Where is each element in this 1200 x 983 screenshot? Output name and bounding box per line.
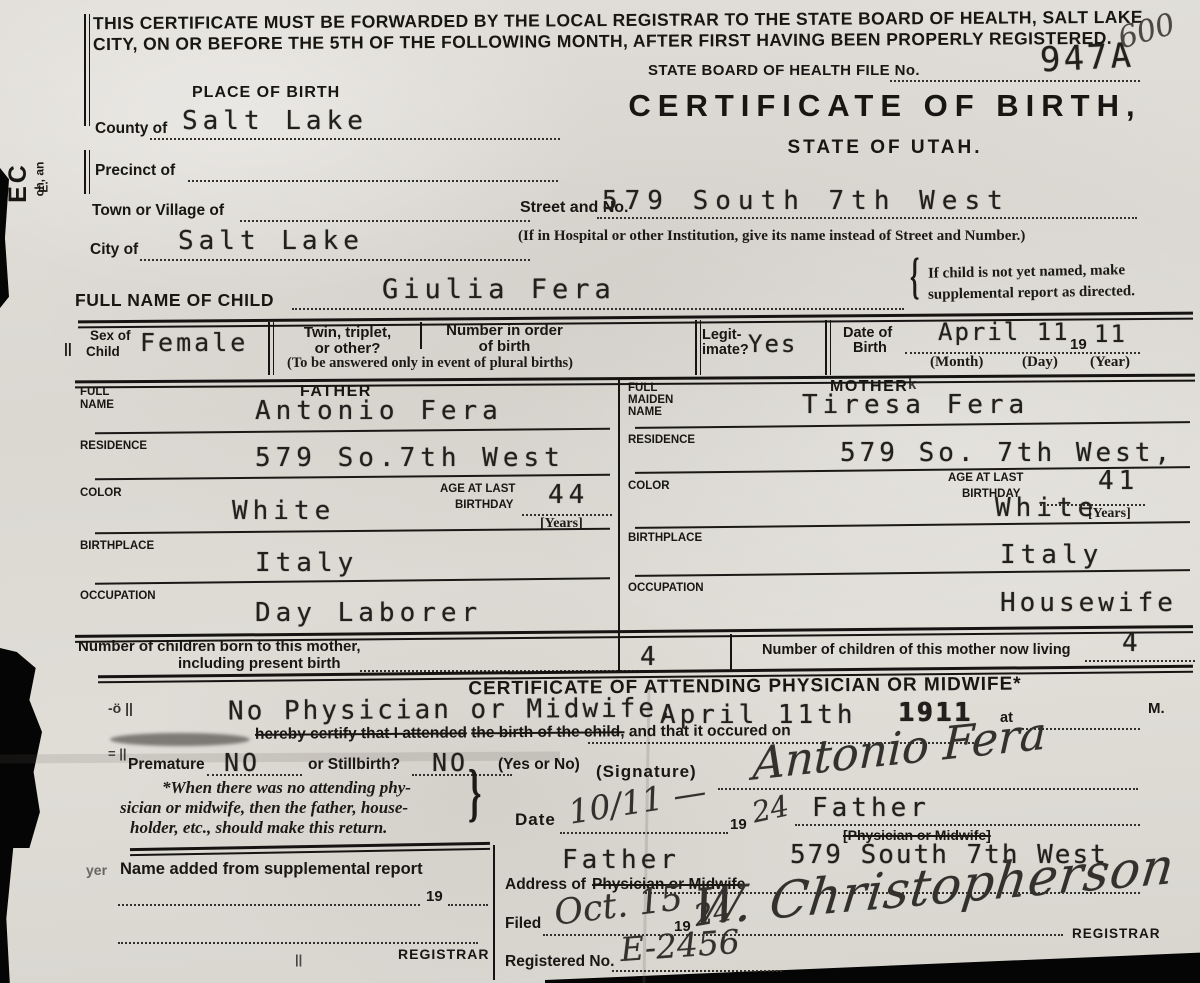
father-birthplace-label: BIRTHPLACE [80,540,154,552]
father-occupation-label: OCCUPATION [80,590,156,602]
date-signed-role-typed: Father [812,793,930,823]
mother-name-underline [635,421,1190,429]
margin-mark-sex-row: || [64,340,72,356]
supplemental-label: Name added from supplemental report [120,860,423,879]
file-no-dotted-line [890,78,1140,82]
father-residence-label: RESIDENCE [80,440,147,452]
certify-struck-part-2: the birth of the child, [471,723,624,741]
father-mother-divider [618,379,620,671]
scan-edge-left-strip [0,840,14,983]
mother-birthplace-value: Italy [1000,540,1103,570]
no-physician-note-line-2: sician or midwife, then the father, hous… [120,798,408,818]
father-full-label-2: NAME [80,399,114,411]
occurred-meridian-label: M. [1148,700,1165,717]
father-color-underline [95,528,610,534]
filed-label: Filed [505,915,541,933]
city-value: Salt Lake [178,226,364,256]
mother-occupation-label: OCCUPATION [628,582,704,594]
father-birthplace-underline [95,577,610,584]
father-occupation-value: Day Laborer [255,598,482,628]
children-row-divider [730,634,732,670]
mother-age-label-1: AGE AT LAST [948,472,1023,484]
date-year-prefix: 19 [730,816,747,833]
father-color-label: COLOR [80,487,122,499]
precinct-label: Precinct of [95,162,175,180]
sex-row-divider-4 [825,320,831,375]
dob-cap-day: (Day) [1022,354,1058,371]
mother-color-underline [635,521,1190,529]
mother-residence-label: RESIDENCE [628,434,695,446]
town-label: Town or Village of [92,202,224,220]
sex-row-divider-1 [268,322,274,375]
mother-birthplace-underline [635,569,1190,577]
birth-certificate-scan: EC ch, an E. THIS CERTIFICATE MUST BE FO… [0,0,1200,983]
mother-occupation-value: Housewife [1000,588,1177,618]
city-dotted-line [140,257,530,261]
mother-age-label-2: BIRTHDAY [962,488,1020,500]
yes-or-no-cap: (Yes or No) [498,756,580,774]
hospital-note: (If in Hospital or other Institution, gi… [518,228,1025,245]
legitimate-value: Yes [748,330,797,358]
father-residence-underline [95,474,610,480]
margin-mark-premature-row: = || [108,746,126,761]
child-name-label: FULL NAME OF CHILD [75,290,274,311]
child-note-line-2: supplemental report as directed. [928,283,1135,304]
father-name-underline [95,428,610,434]
certificate-subtitle: STATE OF UTAH. [585,137,1185,159]
sex-label-line-1: Sex of [90,328,131,343]
mother-years-cap: [Years] [1088,506,1131,522]
address-role-typed: Father [562,845,680,875]
margin-stamp-fragment-2: E. [37,181,51,192]
mother-residence-value: 579 So. 7th West, [840,438,1174,468]
mother-name-value: Tiresa Fera [802,390,1029,420]
dob-year-prefix: 19 [1070,336,1087,353]
father-color-value: White [232,496,335,526]
date-year-handwritten: 24 [749,789,792,830]
legitimate-label-line-2: imate? [702,342,749,358]
premature-label: Premature [128,756,205,774]
left-double-rule-mid [84,150,90,194]
dob-cap-month: (Month) [930,354,983,371]
child-note-line-1: If child is not yet named, make [928,262,1125,282]
sex-value: Female [140,328,248,357]
father-age-label-1: AGE AT LAST [440,483,515,495]
no-physician-note-line-3: holder, etc., should make this return. [130,818,387,838]
file-no-label: STATE BOARD OF HEALTH FILE No. [648,62,920,79]
legitimate-label-line-1: Legit- [702,327,741,343]
dob-label-line-1: Date of [843,325,892,341]
father-residence-value: 579 So.7th West [255,443,565,473]
sex-row-divider-2 [420,322,422,349]
county-dotted-line [150,136,560,140]
county-value: Salt Lake [182,106,368,136]
date-dotted-line [560,830,728,834]
dob-year-value: 11 [1094,320,1127,348]
mother-age-value: 41 [1098,466,1139,496]
occurred-date-typed: April 11th [660,700,857,730]
certificate-title: CERTIFICATE OF BIRTH, [585,88,1185,124]
sex-label-line-2: Child [86,344,120,359]
date-role-dotted-line [795,822,1140,826]
date-label: Date [515,810,556,830]
order-label-line-1: Number in order [432,322,577,339]
certify-struck-part-1: hereby certify that I attended [255,724,467,742]
supplemental-box-right-border [493,845,495,980]
twin-label-line-1: Twin, triplet, [285,324,410,341]
place-of-birth-heading: PLACE OF BIRTH [192,84,340,102]
order-label-line-2: of birth [432,338,577,355]
scan-edge-left-blob [0,648,42,848]
registered-no-label: Registered No. [505,953,614,971]
dob-cap-year: (Year) [1090,354,1130,371]
mother-full-label-1: FULL [628,382,657,394]
supplemental-dotted-line-2 [448,902,488,906]
children-born-label-2: including present birth [178,655,341,672]
father-full-label-1: FULL [80,386,109,398]
dob-value: April 11 [938,318,1070,346]
left-double-rule-top [84,14,90,126]
children-born-label-1: Number of children born to this mother, [78,638,361,655]
city-label: City of [90,241,138,259]
father-name-value: Antonio Fera [255,396,503,426]
mother-full-label-2: MAIDEN [628,394,673,406]
stillbirth-label: or Stillbirth? [308,756,400,774]
premature-value: NO [224,748,260,777]
children-living-value: 4 [1122,628,1143,658]
supplemental-year-prefix: 19 [426,888,443,905]
children-born-value: 4 [640,642,661,672]
supplemental-registrar-cap: REGISTRAR [398,946,489,962]
filing-registrar-cap: REGISTRAR [1072,926,1161,941]
children-living-dotted-line [1085,658,1195,662]
mother-full-label-3: NAME [628,406,662,418]
father-age-value: 44 [548,480,589,510]
town-dotted-line [240,218,530,222]
father-birthplace-value: Italy [255,548,358,578]
margin-stamp-ec: EC [4,162,33,203]
street-dotted-line [597,215,1137,219]
no-physician-note-brace: } [468,759,481,831]
precinct-dotted-line [188,178,558,182]
margin-mark-physician-row: -ö || [108,700,133,716]
father-age-label-2: BIRTHDAY [455,499,513,511]
supplemental-dotted-line-3 [118,940,478,944]
sex-row-divider-3 [695,320,701,375]
child-name-value: Giulia Fera [382,274,616,305]
margin-mark-bottom: || [295,952,302,967]
dob-label-line-2: Birth [853,340,887,356]
no-physician-note-line-1: *When there was no attending phy- [162,778,411,798]
no-physician-typed: No Physician or Midwife, [228,693,676,726]
rule-above-supplemental-box [130,842,490,856]
registered-no-handwritten: E-2456 [619,922,741,969]
street-value: 579 South 7th West [602,186,1010,216]
plural-births-note: (To be answered only in event of plural … [287,355,573,372]
mother-birthplace-label: BIRTHPLACE [628,532,702,544]
child-name-dotted-line [292,306,904,310]
child-note-brace: { [910,251,919,308]
registered-no-dotted-line [612,968,782,972]
stillbirth-value: NO [432,748,468,777]
ink-smudge [110,733,250,746]
supplemental-margin-fragment: yer [86,862,107,878]
supplemental-dotted-line-1 [118,902,420,906]
children-living-label: Number of children of this mother now li… [762,642,1071,658]
mother-color-label: COLOR [628,480,670,492]
